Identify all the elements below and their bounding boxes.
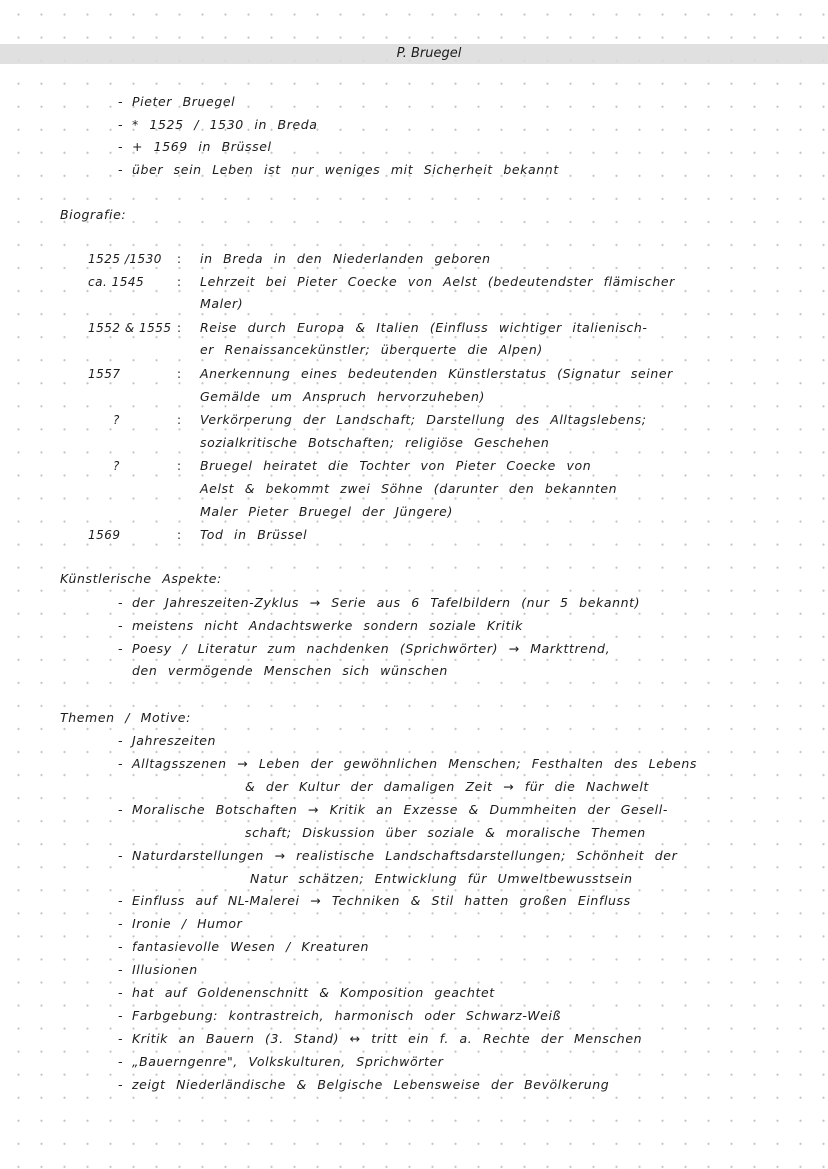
bullet-dash: -	[118, 756, 132, 772]
bullet-dash: -	[118, 1031, 132, 1047]
intro-item: -Pieter Bruegel	[118, 94, 235, 110]
bullet-text: Farbgebung: kontrastreich, harmonisch od…	[132, 1008, 561, 1023]
bio-date: 1557	[88, 366, 121, 382]
section-heading-kuenstlerische-aspekte: Künstlerische Aspekte:	[60, 571, 222, 587]
bio-colon: :	[177, 320, 181, 336]
bullet-dash: -	[118, 985, 132, 1001]
bullet-dash: -	[118, 595, 132, 611]
bio-colon: :	[177, 274, 181, 290]
bullet-dash: -	[118, 641, 132, 657]
theme-item-cont: & der Kultur der damaligen Zeit → für di…	[245, 779, 649, 795]
bio-text: Verkörperung der Landschaft; Darstellung…	[200, 412, 647, 428]
theme-item: -fantasievolle Wesen / Kreaturen	[118, 939, 369, 955]
intro-item: -über sein Leben ist nur weniges mit Sic…	[118, 162, 559, 178]
theme-item: -hat auf Goldenenschnitt & Komposition g…	[118, 985, 495, 1001]
bio-colon: :	[177, 251, 181, 267]
bullet-text: Alltagsszenen → Leben der gewöhnlichen M…	[132, 756, 697, 771]
theme-item: -Naturdarstellungen → realistische Lands…	[118, 848, 677, 864]
intro-item: -* 1525 / 1530 in Breda	[118, 117, 318, 133]
section-heading-themen-motive: Themen / Motive:	[60, 710, 191, 726]
theme-item: -Alltagsszenen → Leben der gewöhnlichen …	[118, 756, 697, 772]
theme-item: -„Bauerngenre", Volkskulturen, Sprichwör…	[118, 1054, 444, 1070]
bullet-dash: -	[118, 1077, 132, 1093]
bullet-text: fantasievolle Wesen / Kreaturen	[132, 939, 369, 954]
bullet-text: Illusionen	[132, 962, 198, 977]
bullet-dash: -	[118, 848, 132, 864]
bullet-text: Moralische Botschaften → Kritik an Exzes…	[132, 802, 668, 817]
theme-item: -Moralische Botschaften → Kritik an Exze…	[118, 802, 668, 818]
theme-item: -Farbgebung: kontrastreich, harmonisch o…	[118, 1008, 561, 1024]
bullet-dash: -	[118, 962, 132, 978]
bullet-dash: -	[118, 916, 132, 932]
bio-date: ?	[113, 458, 120, 474]
bio-text: Maler)	[200, 296, 243, 312]
bio-date: ?	[113, 412, 120, 428]
bullet-dash: -	[118, 139, 132, 155]
aspect-item-cont: den vermögende Menschen sich wünschen	[132, 663, 448, 679]
bio-text: Reise durch Europa & Italien (Einfluss w…	[200, 320, 648, 336]
bio-date: ca. 1545	[88, 274, 144, 290]
theme-item: -Jahreszeiten	[118, 733, 216, 749]
theme-item: -Ironie / Humor	[118, 916, 242, 932]
bio-text: Maler Pieter Bruegel der Jüngere)	[200, 504, 453, 520]
bullet-dash: -	[118, 893, 132, 909]
bio-text: in Breda in den Niederlanden geboren	[200, 251, 491, 267]
bio-text: Lehrzeit bei Pieter Coecke von Aelst (be…	[200, 274, 675, 290]
aspect-item: -Poesy / Literatur zum nachdenken (Spric…	[118, 641, 610, 657]
bullet-text: zeigt Niederländische & Belgische Lebens…	[132, 1077, 609, 1092]
bullet-text: Jahreszeiten	[132, 733, 216, 748]
bullet-text: Kritik an Bauern (3. Stand) ↔ tritt ein …	[132, 1031, 642, 1046]
bio-text: Anerkennung eines bedeutenden Künstlerst…	[200, 366, 673, 382]
bullet-dash: -	[118, 618, 132, 634]
theme-item-cont: Natur schätzen; Entwicklung für Umweltbe…	[250, 871, 633, 887]
intro-item: -+ 1569 in Brüssel	[118, 139, 272, 155]
theme-item: -zeigt Niederländische & Belgische Leben…	[118, 1077, 609, 1093]
bullet-text: meistens nicht Andachtswerke sondern soz…	[132, 618, 523, 633]
theme-item: -Illusionen	[118, 962, 198, 978]
bio-text: Aelst & bekommt zwei Söhne (darunter den…	[200, 481, 617, 497]
bullet-dash: -	[118, 117, 132, 133]
bullet-text: Naturdarstellungen → realistische Landsc…	[132, 848, 677, 863]
page-title: P. Bruegel	[0, 44, 828, 64]
bullet-dash: -	[118, 733, 132, 749]
bullet-dash: -	[118, 939, 132, 955]
bio-colon: :	[177, 458, 181, 474]
bullet-text: „Bauerngenre", Volkskulturen, Sprichwört…	[132, 1054, 444, 1069]
bullet-text: Pieter Bruegel	[132, 94, 235, 109]
bullet-text: Poesy / Literatur zum nachdenken (Sprich…	[132, 641, 610, 656]
section-heading-biografie: Biografie:	[60, 207, 126, 223]
bullet-text: Ironie / Humor	[132, 916, 242, 931]
bullet-text: Einfluss auf NL-Malerei → Techniken & St…	[132, 893, 631, 908]
aspect-item: -meistens nicht Andachtswerke sondern so…	[118, 618, 523, 634]
bullet-dash: -	[118, 1054, 132, 1070]
aspect-item: -der Jahreszeiten-Zyklus → Serie aus 6 T…	[118, 595, 640, 611]
bio-text: sozialkritische Botschaften; religiöse G…	[200, 435, 549, 451]
bullet-text: + 1569 in Brüssel	[132, 139, 272, 154]
bio-text: Gemälde um Anspruch hervorzuheben)	[200, 389, 485, 405]
bullet-dash: -	[118, 162, 132, 178]
bio-colon: :	[177, 366, 181, 382]
bullet-dash: -	[118, 94, 132, 110]
bio-date: 1525 /1530	[88, 251, 162, 267]
bullet-text: hat auf Goldenenschnitt & Komposition ge…	[132, 985, 495, 1000]
bullet-text: über sein Leben ist nur weniges mit Sich…	[132, 162, 559, 177]
bullet-dash: -	[118, 802, 132, 818]
theme-item: -Einfluss auf NL-Malerei → Techniken & S…	[118, 893, 631, 909]
theme-item: -Kritik an Bauern (3. Stand) ↔ tritt ein…	[118, 1031, 642, 1047]
bio-colon: :	[177, 412, 181, 428]
bullet-text: der Jahreszeiten-Zyklus → Serie aus 6 Ta…	[132, 595, 640, 610]
bio-text: Bruegel heiratet die Tochter von Pieter …	[200, 458, 591, 474]
theme-item-cont: schaft; Diskussion über soziale & morali…	[245, 825, 646, 841]
bio-text: Tod in Brüssel	[200, 527, 307, 543]
bullet-text: * 1525 / 1530 in Breda	[132, 117, 318, 132]
bio-colon: :	[177, 527, 181, 543]
bio-text: er Renaissancekünstler; überquerte die A…	[200, 342, 543, 358]
bio-date: 1552 & 1555	[88, 320, 172, 336]
bullet-dash: -	[118, 1008, 132, 1024]
bio-date: 1569	[88, 527, 121, 543]
